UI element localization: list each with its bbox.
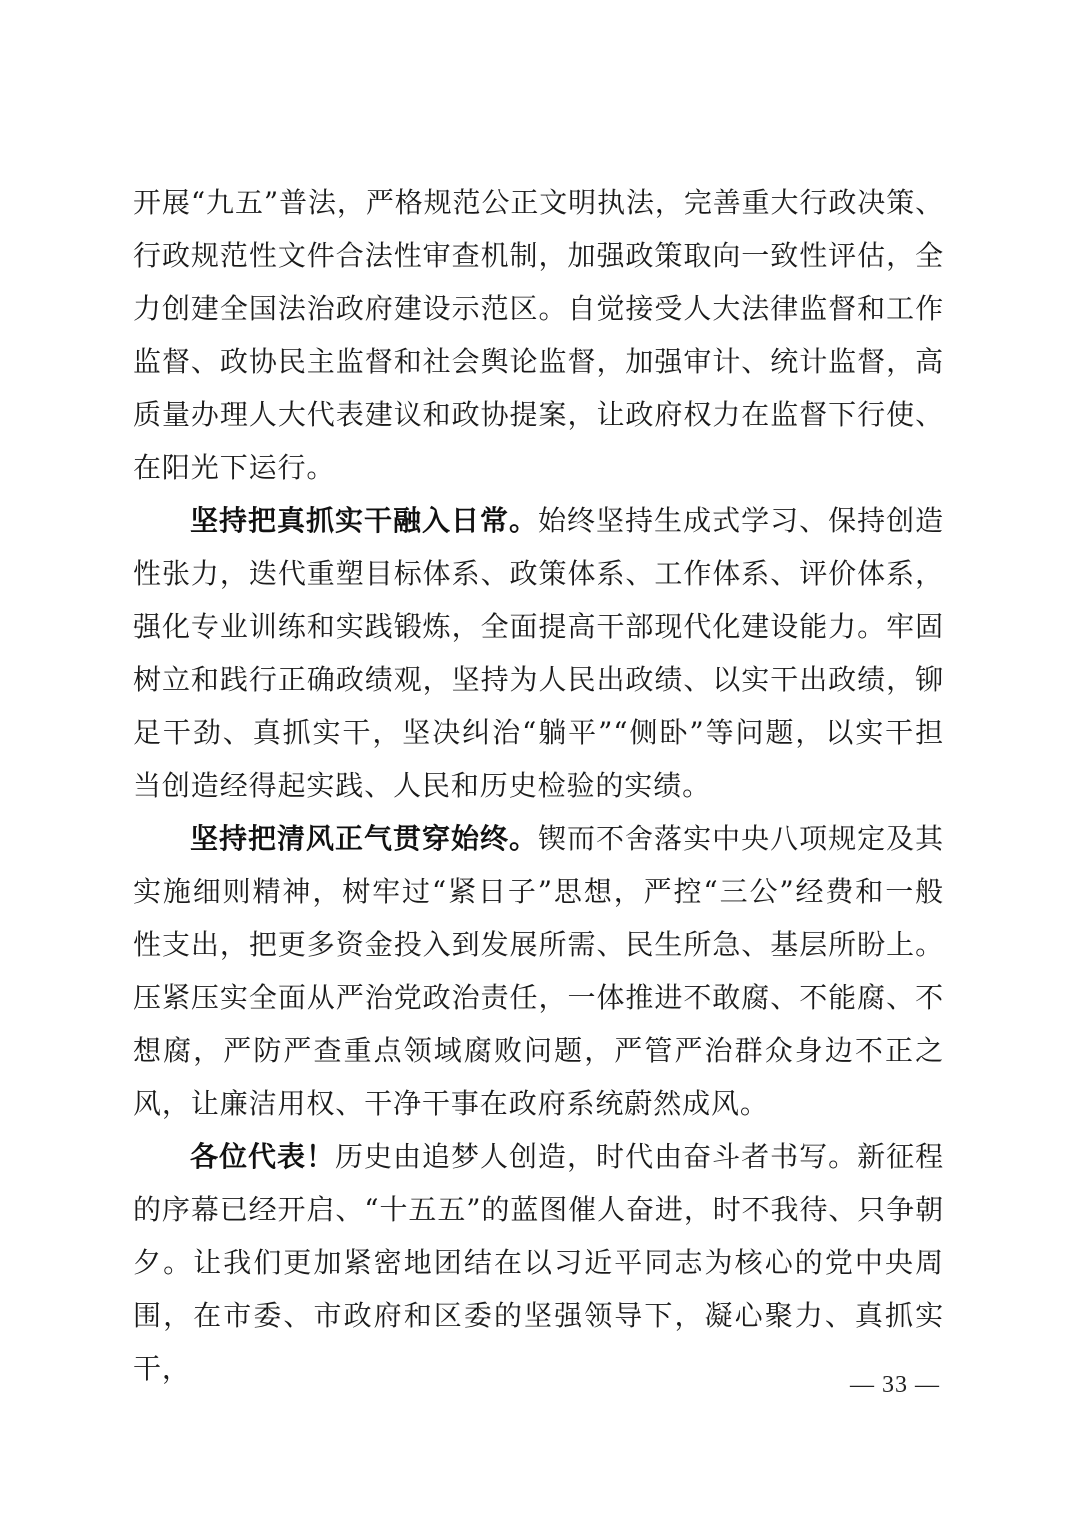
paragraph-integrity: 坚持把清风正气贯穿始终。锲而不舍落实中央八项规定及其实施细则精神，树牢过“紧日子…	[133, 812, 944, 1130]
paragraph-rule-of-law: 开展“九五”普法，严格规范公正文明执法，完善重大行政决策、行政规范性文件合法性审…	[133, 176, 944, 494]
paragraph-text: 历史由追梦人创造，时代由奋斗者书写。新征程的序幕已经开启、“十五五”的蓝图催人奋…	[133, 1140, 944, 1385]
paragraph-text: 锲而不舍落实中央八项规定及其实施细则精神，树牢过“紧日子”思想，严控“三公”经费…	[133, 822, 944, 1120]
paragraph-closing-address: 各位代表！历史由追梦人创造，时代由奋斗者书写。新征程的序幕已经开启、“十五五”的…	[133, 1130, 944, 1395]
paragraph-practical-work: 坚持把真抓实干融入日常。始终坚持生成式学习、保持创造性张力，迭代重塑目标体系、政…	[133, 494, 944, 812]
paragraph-text: 始终坚持生成式学习、保持创造性张力，迭代重塑目标体系、政策体系、工作体系、评价体…	[133, 504, 944, 802]
paragraph-heading: 各位代表！	[190, 1140, 335, 1173]
paragraph-heading: 坚持把清风正气贯穿始终。	[190, 822, 538, 855]
page-number: — 33 —	[840, 1372, 950, 1399]
document-page: 开展“九五”普法，严格规范公正文明执法，完善重大行政决策、行政规范性文件合法性审…	[133, 176, 944, 1395]
paragraph-text: 开展“九五”普法，严格规范公正文明执法，完善重大行政决策、行政规范性文件合法性审…	[133, 186, 944, 484]
paragraph-heading: 坚持把真抓实干融入日常。	[190, 504, 538, 537]
